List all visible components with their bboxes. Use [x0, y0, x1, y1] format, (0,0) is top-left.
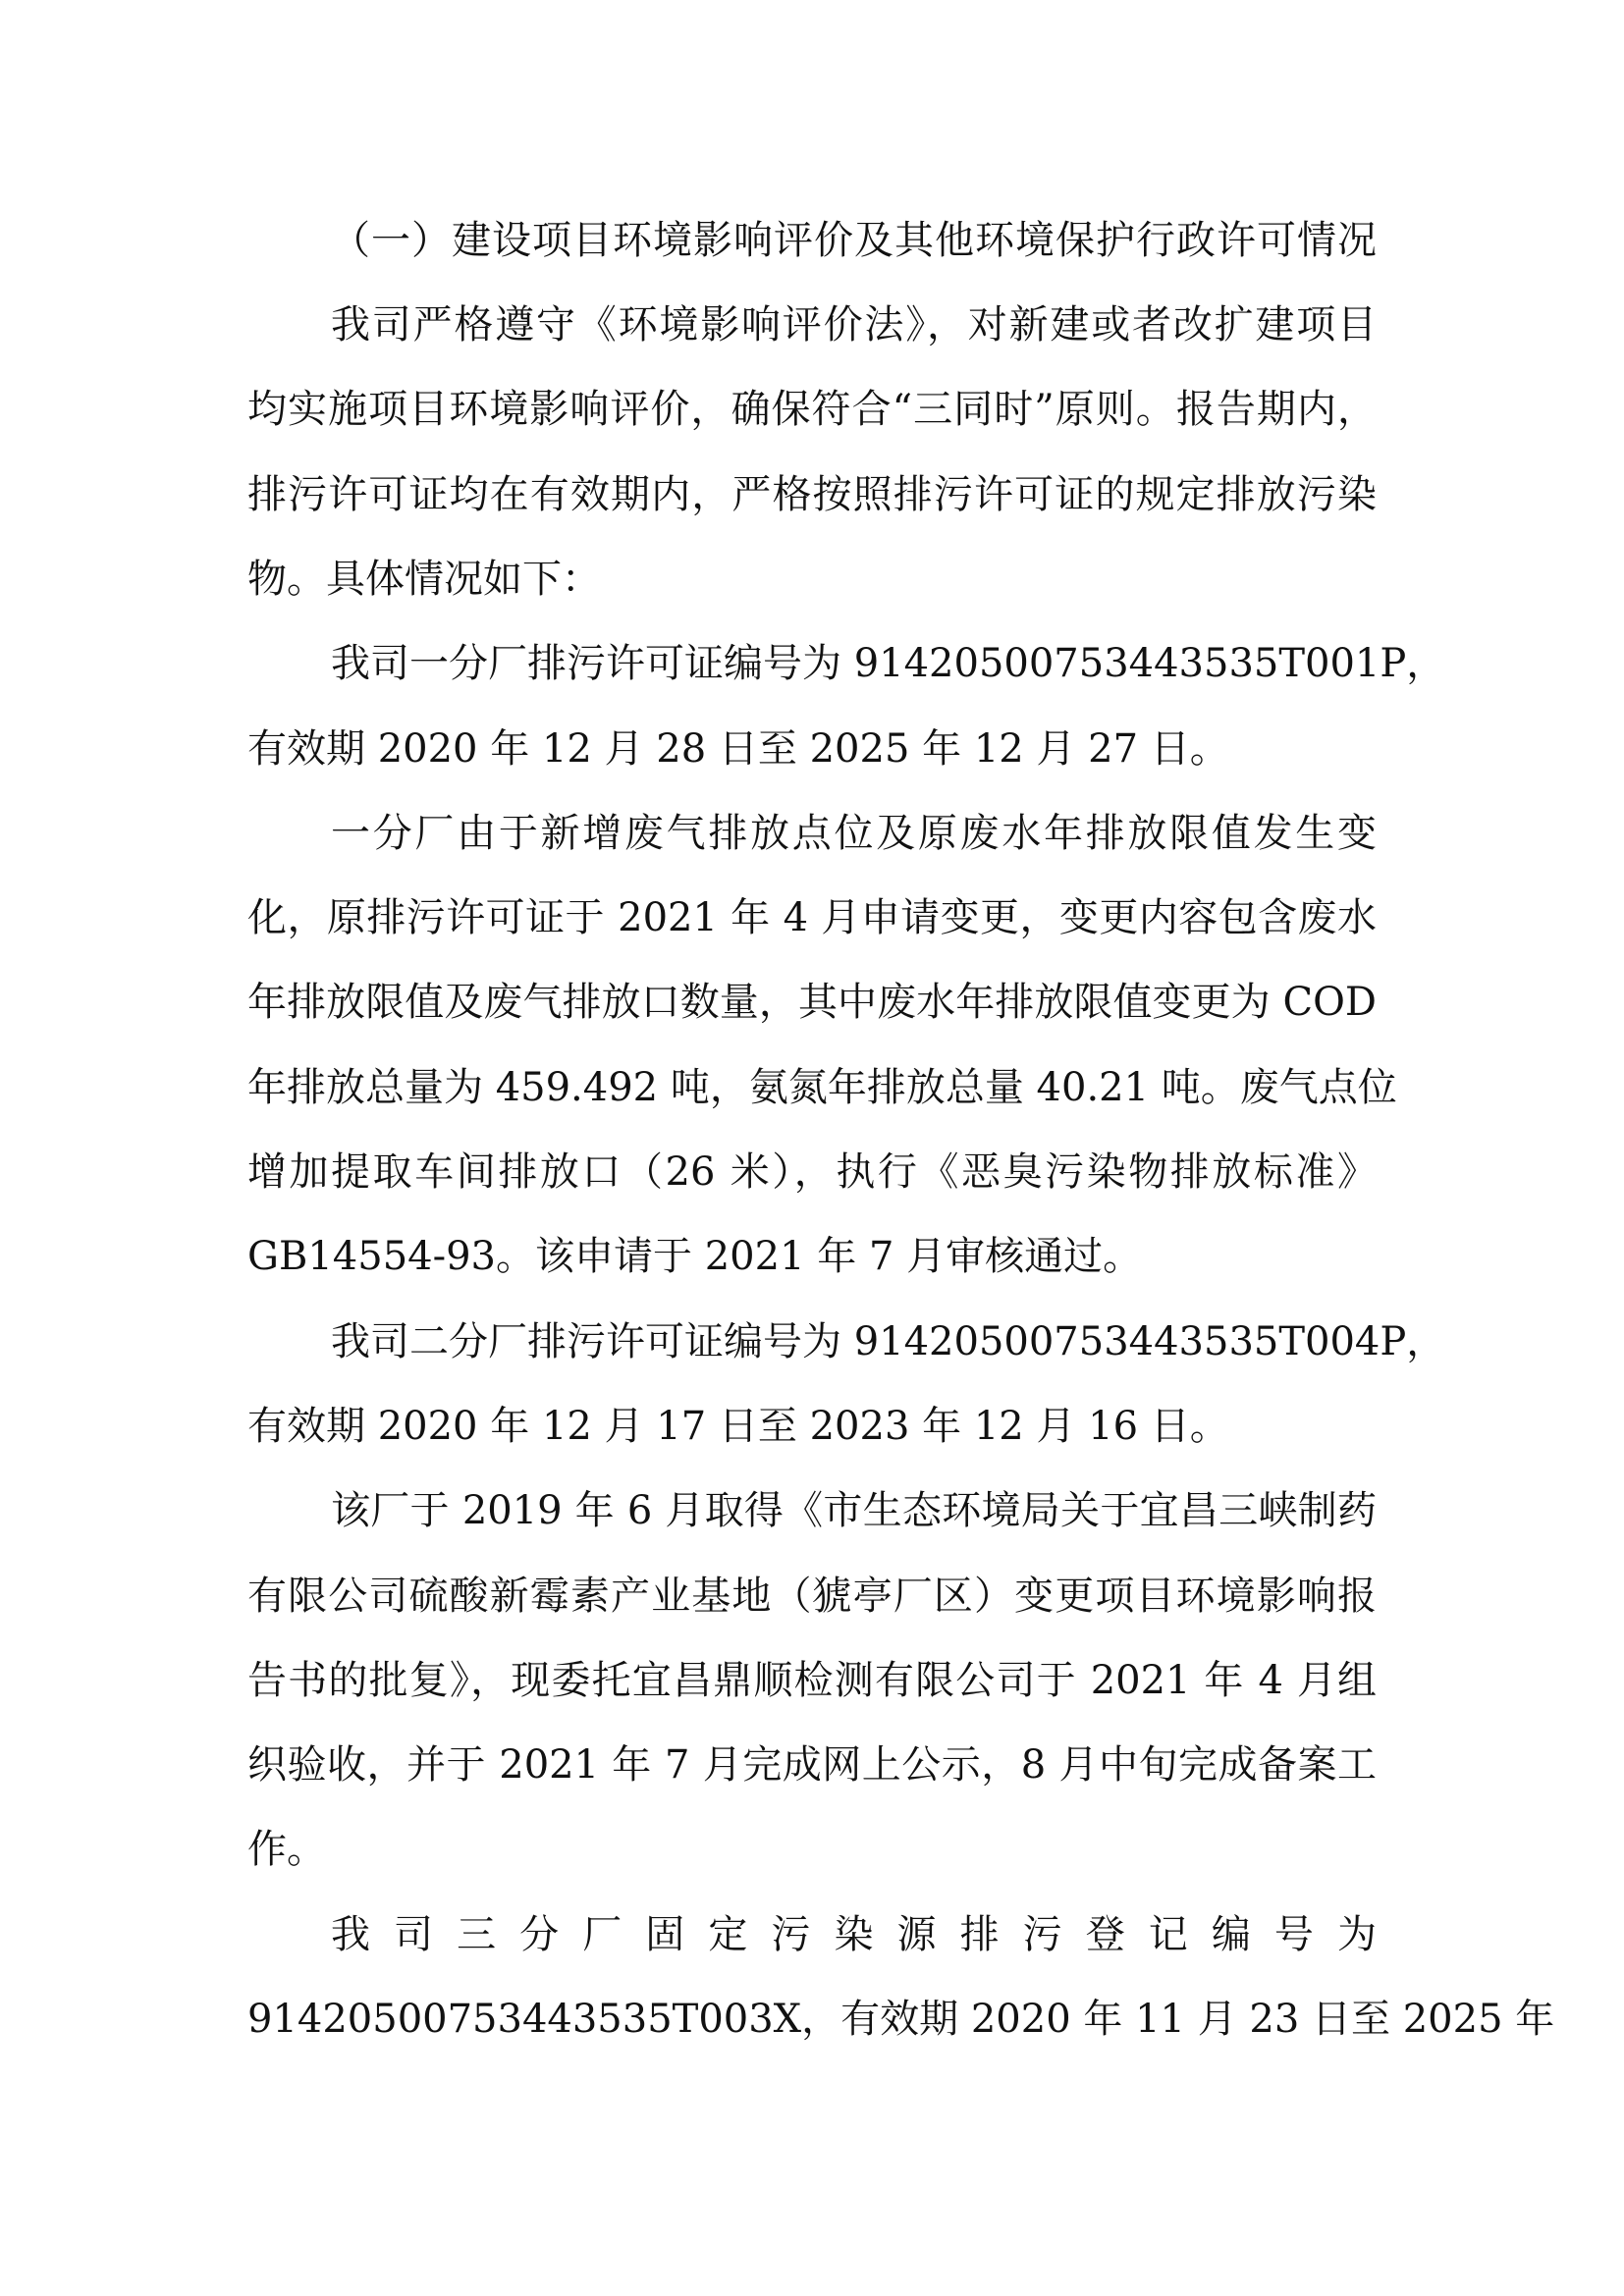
paragraph-line: 告书的批复》，现委托宜昌鼎顺检测有限公司于 2021 年 4 月组	[247, 1651, 1377, 1710]
paragraph-line: GB14554-93。该申请于 2021 年 7 月审核通过。	[247, 1227, 1377, 1286]
paragraph-line: 91420500753443535T003X，有效期 2020 年 11 月 2…	[247, 1990, 1377, 2049]
paragraph-line: 有效期 2020 年 12 月 17 日至 2023 年 12 月 16 日。	[247, 1397, 1377, 1456]
paragraph-line: 我司二分厂排污许可证编号为 91420500753443535T004P，	[331, 1312, 1377, 1371]
paragraph-line: 年排放限值及废气排放口数量，其中废水年排放限值变更为 COD	[247, 973, 1377, 1032]
paragraph-line: 增加提取车间排放口（26 米），执行《恶臭污染物排放标准》	[247, 1143, 1377, 1201]
section-heading: （一）建设项目环境影响评价及其他环境保护行政许可情况	[331, 211, 1377, 270]
paragraph-line: 我司三分厂固定污染源排污登记编号为	[331, 1905, 1377, 1964]
paragraph-line: 有限公司硫酸新霉素产业基地（猇亭厂区）变更项目环境影响报	[247, 1567, 1377, 1626]
paragraph-line: 物。具体情况如下：	[247, 550, 1377, 609]
paragraph-line: 均实施项目环境影响评价，确保符合“三同时”原则。报告期内，	[247, 380, 1377, 439]
paragraph-line: 该厂于 2019 年 6 月取得《市生态环境局关于宜昌三峡制药	[331, 1481, 1377, 1540]
paragraph-line: 年排放总量为 459.492 吨，氨氮年排放总量 40.21 吨。废气点位	[247, 1058, 1377, 1117]
paragraph-line: 化，原排污许可证于 2021 年 4 月申请变更，变更内容包含废水	[247, 888, 1377, 947]
paragraph-line: 有效期 2020 年 12 月 28 日至 2025 年 12 月 27 日。	[247, 720, 1377, 778]
paragraph-line: 排污许可证均在有效期内，严格按照排污许可证的规定排放污染	[247, 465, 1377, 524]
paragraph-line: 我司严格遵守《环境影响评价法》，对新建或者改扩建项目	[331, 295, 1377, 354]
paragraph-line: 一分厂由于新增废气排放点位及原废水年排放限值发生变	[331, 804, 1377, 863]
document-page: （一）建设项目环境影响评价及其他环境保护行政许可情况 我司严格遵守《环境影响评价…	[0, 0, 1624, 2296]
paragraph-line: 我司一分厂排污许可证编号为 91420500753443535T001P，	[331, 634, 1377, 693]
paragraph-line: 作。	[247, 1820, 1377, 1879]
paragraph-line: 织验收，并于 2021 年 7 月完成网上公示，8 月中旬完成备案工	[247, 1735, 1377, 1794]
